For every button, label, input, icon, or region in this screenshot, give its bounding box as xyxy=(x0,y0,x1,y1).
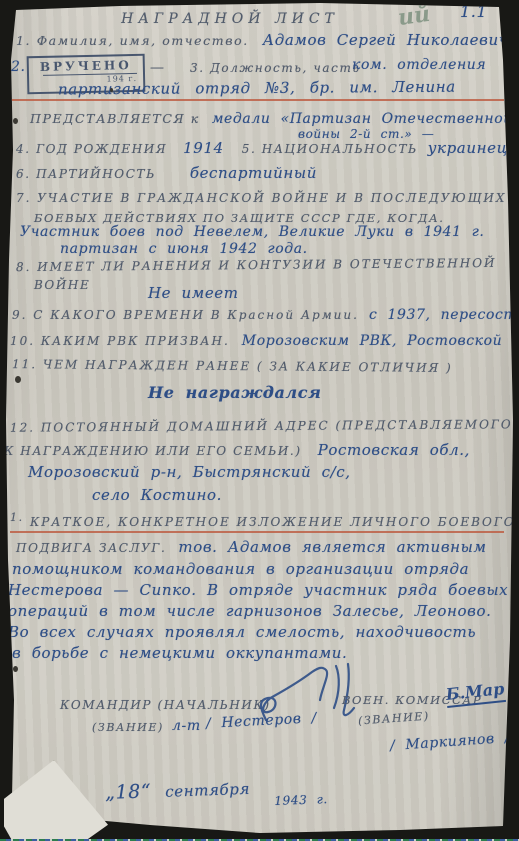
stamp-dash: — xyxy=(150,60,166,76)
merit-number: 1. xyxy=(10,511,24,524)
nationality-label: 5. НАЦИОНАЛЬНОСТЬ xyxy=(242,142,418,156)
commander-label: КОМАНДИР (НАЧАЛЬНИК) xyxy=(60,698,271,712)
party-value: беспартийный xyxy=(190,164,317,182)
field-name-label: 1. Фамилия, имя, отчество. xyxy=(16,33,249,48)
paper-speck xyxy=(13,666,18,672)
date-year: 1943 г. xyxy=(274,792,328,808)
date-month: сентября xyxy=(165,780,250,801)
prior-awards-label: 11. ЧЕМ НАГРАЖДЕН РАНЕЕ ( ЗА КАКИЕ ОТЛИЧ… xyxy=(12,357,453,375)
commander-rank-label: (ЗВАНИЕ) xyxy=(92,721,164,734)
merit-text-3: Нестерова — Сипко. В отряде участник ряд… xyxy=(8,581,508,599)
pencil-note: ий xyxy=(396,1,431,31)
birth-year-label: 4. ГОД РОЖДЕНИЯ xyxy=(16,142,167,156)
drafted-by-value: Морозовским РВК, Ростовской обл. xyxy=(242,333,519,349)
wounds-label2: ВОЙНЕ xyxy=(34,278,90,292)
merit-text-1: тов. Адамов является активным xyxy=(178,538,486,556)
merit-text-4: операций в том числе гарнизонов Залесье,… xyxy=(8,602,491,620)
party-label: 6. ПАРТИЙНОСТЬ xyxy=(16,167,156,181)
field-party: 6. ПАРТИЙНОСТЬ беспартийный xyxy=(16,164,317,182)
commander-rank: л-т xyxy=(172,718,201,734)
prior-awards-value: Не награждался xyxy=(148,383,321,402)
birth-year-value: 1914 xyxy=(183,139,224,157)
address-value3: село Костино. xyxy=(92,486,222,504)
address-value2: Морозовский р-н, Быстрянский с/с, xyxy=(28,463,351,481)
field-position-label: 3. Должность, часть xyxy=(190,61,361,75)
document-title: НАГРАДНОЙ ЛИСТ xyxy=(90,11,370,27)
field-rank-label: 2. xyxy=(11,59,26,75)
address-value: Ростовская обл., xyxy=(318,441,470,459)
red-divider-merit xyxy=(10,531,504,533)
document-scan: НАГРАДНОЙ ЛИСТ ий 1.1 1. Фамилия, имя, о… xyxy=(0,0,519,841)
combat-value2: партизан с июня 1942 года. xyxy=(60,241,308,257)
merit-line-1: ПОДВИГА ЗАСЛУГ. тов. Адамов является акт… xyxy=(16,538,486,556)
field-birth-nationality: 4. ГОД РОЖДЕНИЯ 1914 5. НАЦИОНАЛЬНОСТЬ у… xyxy=(16,139,508,157)
address-line2: К НАГРАЖДЕНИЮ ИЛИ ЕГО СЕМЬИ.) Ростовская… xyxy=(4,441,470,459)
field-position-value2: партизанский отряд №3, бр. им. Ленина xyxy=(58,78,456,99)
stamp-text: ВРУЧЕНО xyxy=(29,58,143,74)
field-army-since: 9. С КАКОГО ВРЕМЕНИ В Красной Армии. с 1… xyxy=(12,307,519,323)
army-since-label: 9. С КАКОГО ВРЕМЕНИ В Красной Армии. xyxy=(12,308,359,322)
date-day: „18“ xyxy=(105,780,152,804)
page-number: 1.1 xyxy=(460,2,487,21)
address-label: 12. ПОСТОЯННЫЙ ДОМАШНИЙ АДРЕС (ПРЕДСТАВЛ… xyxy=(10,417,513,435)
field-name-value: Адамов Сергей Николаевич xyxy=(263,31,509,49)
address-label2: К НАГРАЖДЕНИЮ ИЛИ ЕГО СЕМЬИ.) xyxy=(4,444,302,458)
document-date: „18“ сентября 1943 г. xyxy=(105,774,328,804)
army-since-value: с 1937, пересостав. xyxy=(369,307,519,323)
combat-value: Участник боев под Невелем, Великие Луки … xyxy=(20,224,484,240)
field-name: 1. Фамилия, имя, отчество. Адамов Сергей… xyxy=(16,31,509,49)
wounds-value: Не имеет xyxy=(148,284,239,302)
combat-label2: БОЕВЫХ ДЕЙСТВИЯХ ПО ЗАЩИТЕ СССР ГДЕ, КОГ… xyxy=(34,211,445,225)
field-drafted-by: 10. КАКИМ РВК ПРИЗВАН. Морозовским РВК, … xyxy=(10,333,519,349)
paper-speck xyxy=(15,376,21,383)
presented-value: медали «Партизан Отечественной xyxy=(212,111,513,127)
paper-sheet: НАГРАДНОЙ ЛИСТ ий 1.1 1. Фамилия, имя, о… xyxy=(0,0,519,841)
presented-label: ПРЕДСТАВЛЯЕТСЯ к xyxy=(30,111,200,126)
commissar-name: / Маркиянов / xyxy=(390,730,511,754)
merit-text-5: Во всех случаях проявлял смелость, наход… xyxy=(8,623,476,641)
merit-text-2: помощником командования в организации от… xyxy=(12,560,469,578)
red-divider-top xyxy=(10,99,504,101)
combat-label: 7. УЧАСТИЕ В ГРАЖДАНСКОЙ ВОЙНЕ И В ПОСЛЕ… xyxy=(16,191,506,205)
drafted-by-label: 10. КАКИМ РВК ПРИЗВАН. xyxy=(10,334,230,348)
nationality-value: украинец xyxy=(428,139,508,157)
presented-line: ПРЕДСТАВЛЯЕТСЯ к медали «Партизан Отечес… xyxy=(30,111,513,127)
merit-heading2: ПОДВИГА ЗАСЛУГ. xyxy=(16,541,166,555)
field-position-value: ком. отделения xyxy=(352,57,486,73)
paper-speck xyxy=(110,88,113,92)
commissar-signature-autograph: Б.Мар xyxy=(445,679,506,708)
paper-speck xyxy=(13,118,18,124)
merit-heading: КРАТКОЕ, КОНКРЕТНОЕ ИЗЛОЖЕНИЕ ЛИЧНОГО БО… xyxy=(30,515,516,529)
wounds-label: 8. ИМЕЕТ ЛИ РАНЕНИЯ И КОНТУЗИИ В ОТЕЧЕСТ… xyxy=(16,256,497,274)
